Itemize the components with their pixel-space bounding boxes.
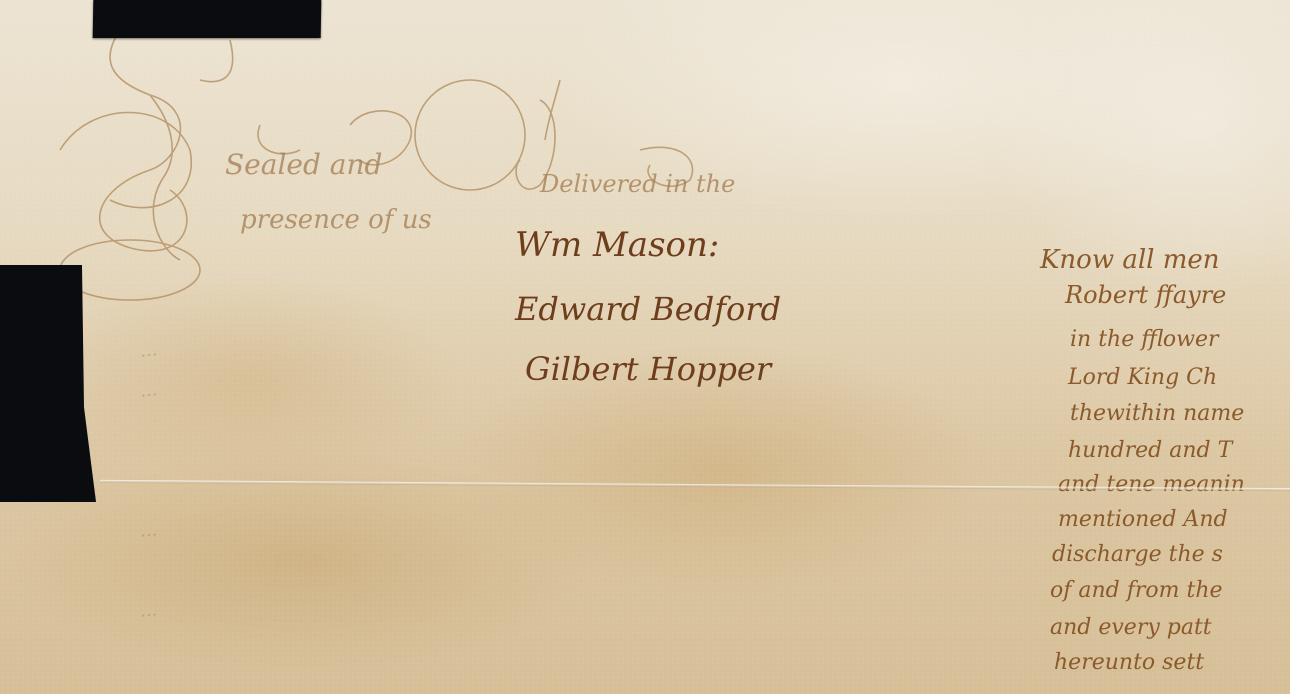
bleed-line: ...	[139, 599, 158, 621]
deed-line: Robert ffayre	[1065, 281, 1226, 309]
attestation-sealed: Sealed and	[225, 148, 382, 181]
deed-line: Know all men	[1040, 245, 1220, 275]
deed-line: in the fflower	[1070, 327, 1219, 352]
attestation-delivered: Delivered in the	[540, 170, 735, 198]
witness-signature-2: Edward Bedford	[515, 290, 781, 328]
black-tape-top	[93, 0, 322, 38]
deed-line: Lord King Ch	[1068, 365, 1217, 390]
deed-line: mentioned And	[1058, 507, 1228, 532]
deed-text-block: Know all men Robert ffayre in the fflowe…	[1030, 245, 1290, 694]
witness-signature-1: Wm Mason:	[515, 225, 719, 265]
deed-line: and every patt	[1050, 615, 1212, 640]
bleed-line: ...	[139, 339, 158, 362]
deed-line: and tene meanin	[1058, 472, 1245, 497]
witness-signature-3: Gilbert Hopper	[525, 350, 771, 388]
bleed-line: ...	[139, 519, 158, 541]
bleed-line: ...	[139, 379, 158, 402]
black-tape-left	[0, 265, 96, 502]
deed-line: discharge the s	[1052, 542, 1223, 567]
deed-line: hereunto sett	[1054, 650, 1204, 675]
attestation-presence: presence of us	[240, 205, 432, 235]
deed-line: hundred and T	[1068, 438, 1232, 463]
deed-line: of and from the	[1050, 578, 1223, 603]
deed-line: thewithin name	[1070, 401, 1244, 426]
